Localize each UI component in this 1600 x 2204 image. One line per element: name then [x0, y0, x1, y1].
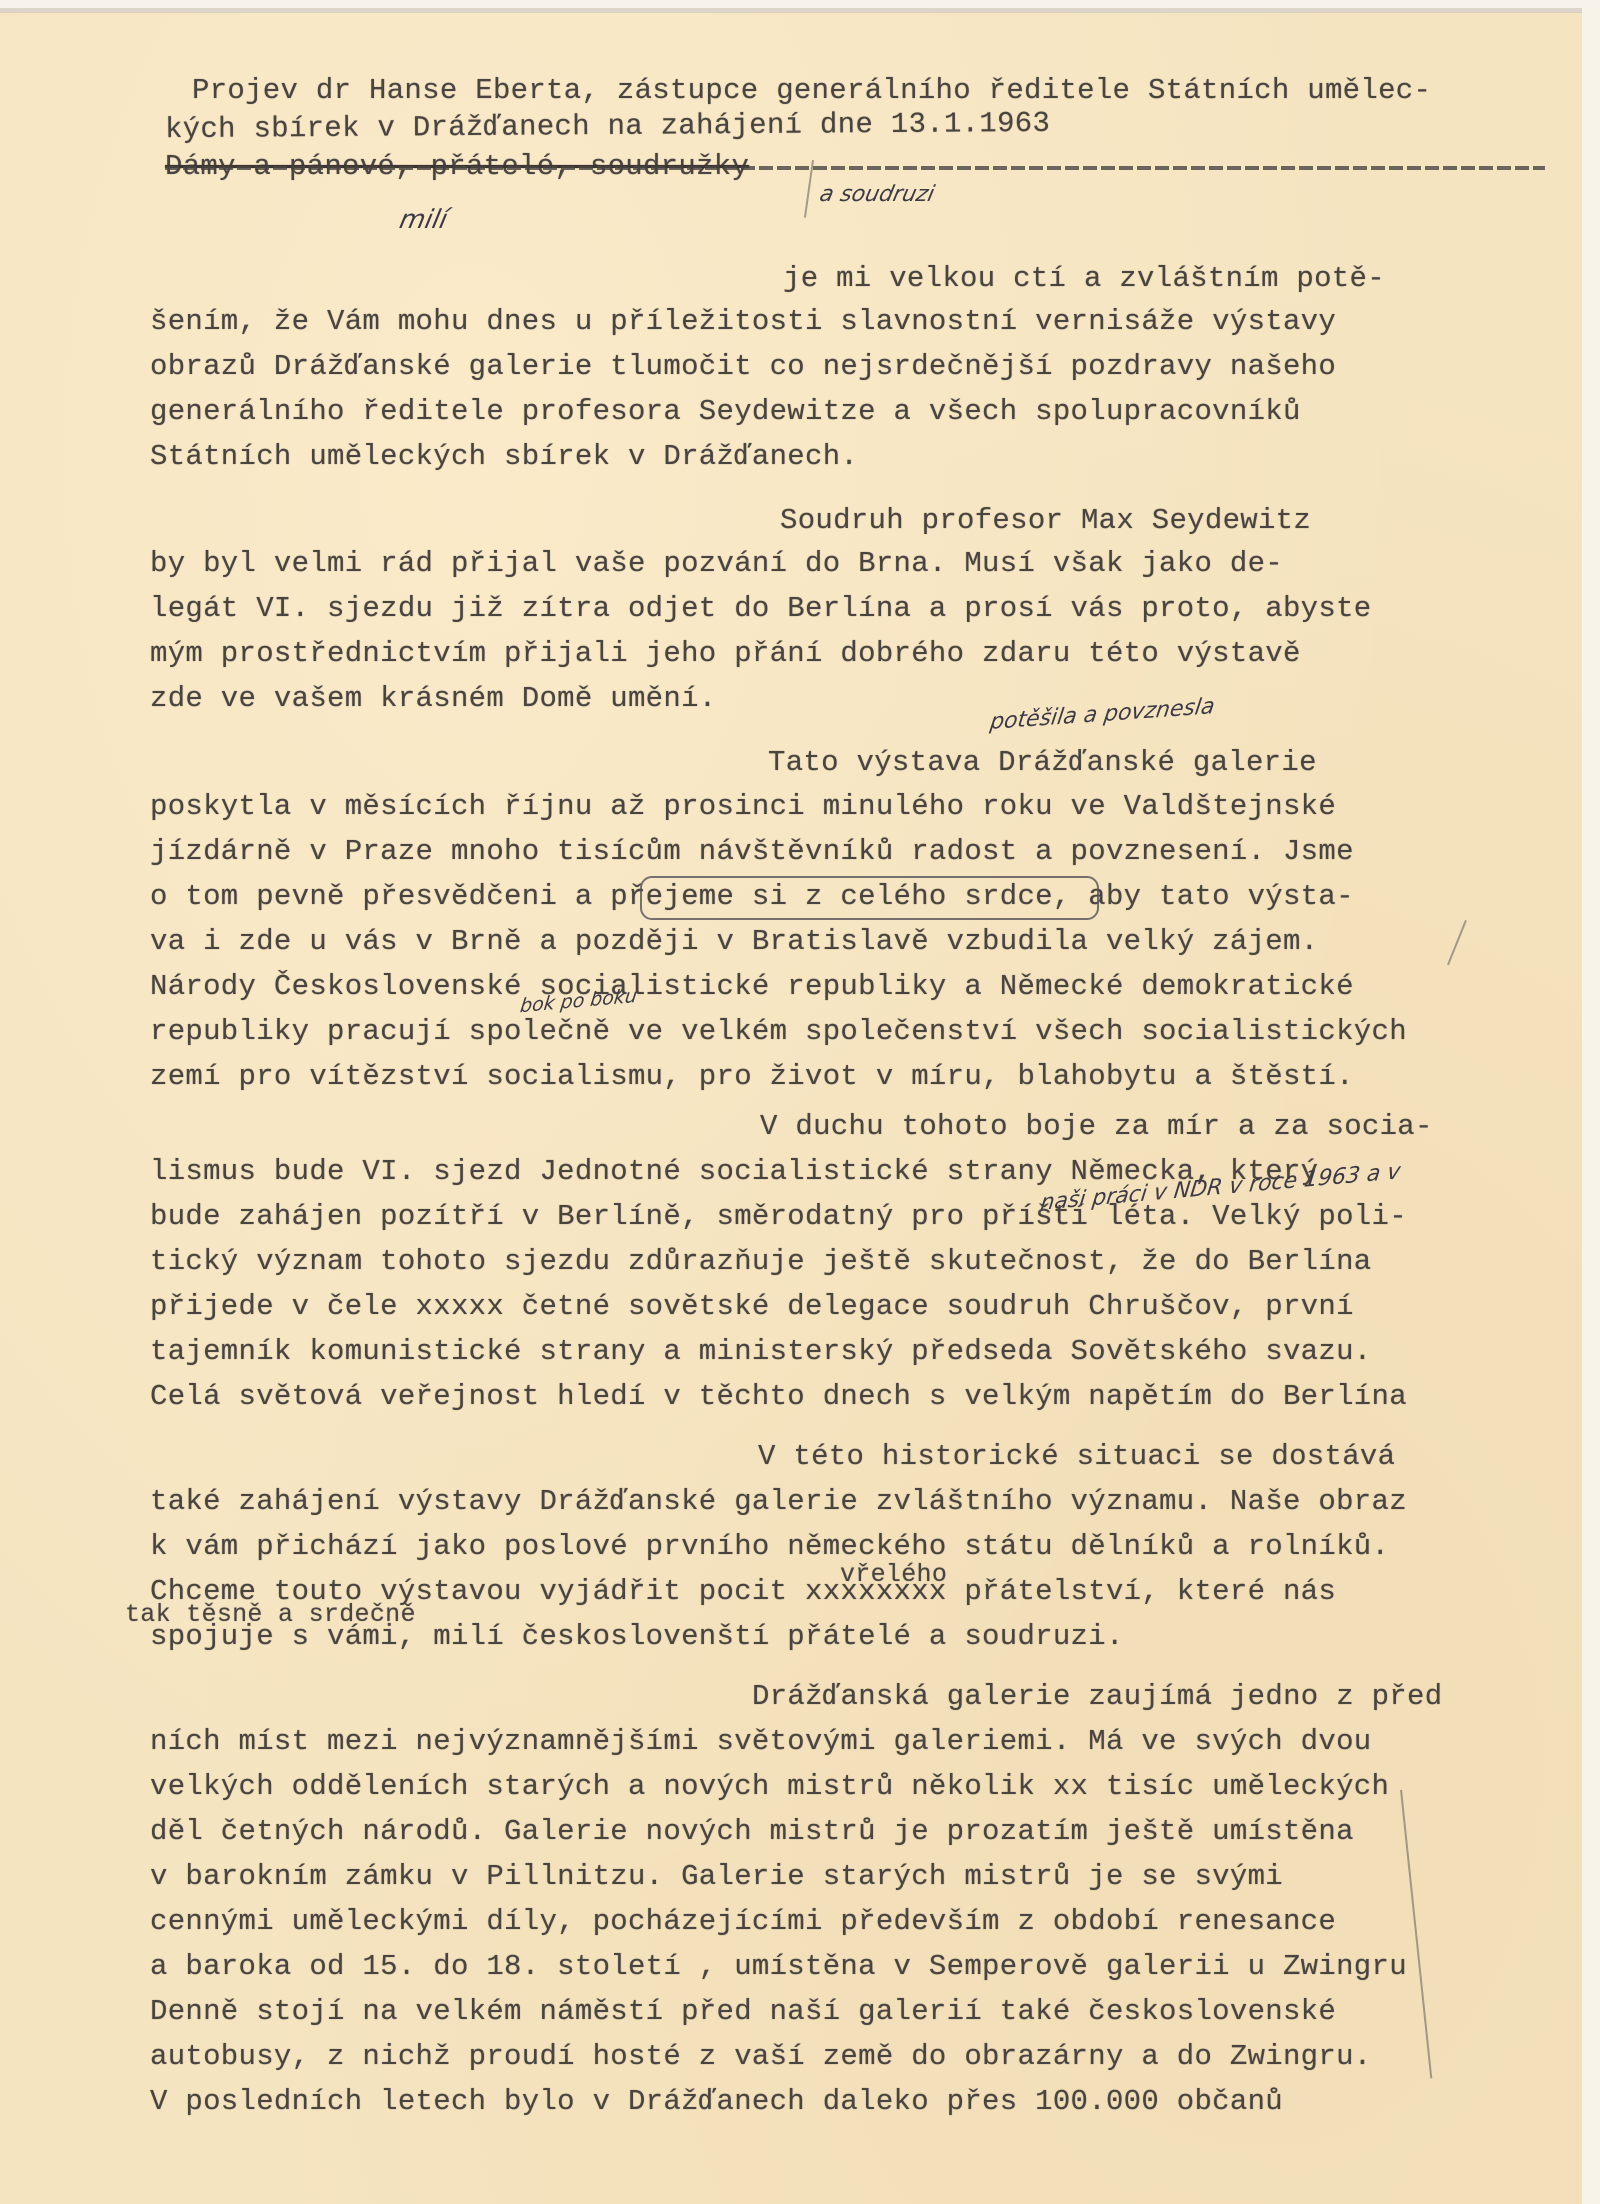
body-line: republiky pracují společně ve velkém spo… [150, 1015, 1407, 1048]
body-line: přijede v čele xxxxx četné sovětské dele… [150, 1290, 1354, 1323]
body-line: spojuje s vámi, milí českoslovenští přát… [150, 1620, 1124, 1653]
body-line: poskytla v měsících říjnu až prosinci mi… [150, 790, 1336, 823]
body-line: také zahájení výstavy Drážďanské galerie… [150, 1485, 1407, 1518]
body-line: tajemník komunistické strany a ministers… [150, 1335, 1372, 1368]
body-line: v barokním zámku v Pillnitzu. Galerie st… [150, 1860, 1283, 1893]
heading-line-2: kých sbírek v Drážďanech na zahájení dne… [165, 107, 1050, 146]
body-line: autobusy, z nichž proudí hosté z vaší ze… [150, 2040, 1372, 2073]
body-line: Drážďanská galerie zaujímá jedno z před [752, 1680, 1442, 1713]
body-line: V posledních letech bylo v Drážďanech da… [150, 2085, 1283, 2118]
body-line: V této historické situaci se dostává [758, 1440, 1395, 1473]
body-line: legát VI. sjezdu již zítra odjet do Berl… [150, 592, 1372, 625]
hand-insert-mili: milí [397, 205, 450, 235]
body-line: Tato výstava Drážďanské galerie [768, 746, 1317, 779]
body-line: k vám přichází jako poslové prvního něme… [150, 1530, 1389, 1563]
heading-line-1: Projev dr Hanse Eberta, zástupce generál… [192, 74, 1431, 107]
body-line: zemí pro vítězství socialismu, pro život… [150, 1060, 1354, 1093]
body-line: Celá světová veřejnost hledí v těchto dn… [150, 1380, 1407, 1413]
body-line: obrazů Drážďanské galerie tlumočit co ne… [150, 350, 1336, 383]
body-line: děl četných národů. Galerie nových mistr… [150, 1815, 1354, 1848]
body-line: generálního ředitele profesora Seydewitz… [150, 395, 1301, 428]
body-line: ních míst mezi nejvýznamnějšími světovým… [150, 1725, 1372, 1758]
hand-insert-soudruzi: a soudruzi [817, 182, 936, 207]
body-line: Denně stojí na velkém náměstí před naší … [150, 1995, 1336, 2028]
pencil-circle-prejeme [640, 876, 1099, 920]
body-line: jízdárně v Praze mnoho tisícům návštěvní… [150, 835, 1354, 868]
body-line: mým prostřednictvím přijali jeho přání d… [150, 637, 1301, 670]
body-line: Státních uměleckých sbírek v Drážďanech. [150, 440, 858, 473]
body-line: bude zahájen pozítří v Berlíně, směrodat… [150, 1200, 1407, 1233]
body-line: va i zde u vás v Brně a později v Bratis… [150, 925, 1318, 958]
body-line: Soudruh profesor Max Seydewitz [780, 504, 1311, 537]
body-line: šením, že Vám mohu dnes u příležitosti s… [150, 305, 1336, 338]
body-line: by byl velmi rád přijal vaše pozvání do … [150, 547, 1283, 580]
body-line: tický význam tohoto sjezdu zdůrazňuje je… [150, 1245, 1372, 1278]
body-line: a baroka od 15. do 18. století , umístěn… [150, 1950, 1407, 1983]
body-line: velkých odděleních starých a nových mist… [150, 1770, 1389, 1803]
body-line: zde ve vašem krásném Domě umění. [150, 682, 717, 715]
body-line: Národy Československé socialistické repu… [150, 970, 1354, 1003]
body-line: je mi velkou ctí a zvláštním potě- [783, 262, 1385, 295]
body-line: cennými uměleckými díly, pocházejícími p… [150, 1905, 1336, 1938]
body-line: V duchu tohoto boje za mír a za socia- [760, 1110, 1433, 1143]
salutation-dash-rule [165, 166, 1545, 170]
page-top-edge [0, 8, 1582, 13]
